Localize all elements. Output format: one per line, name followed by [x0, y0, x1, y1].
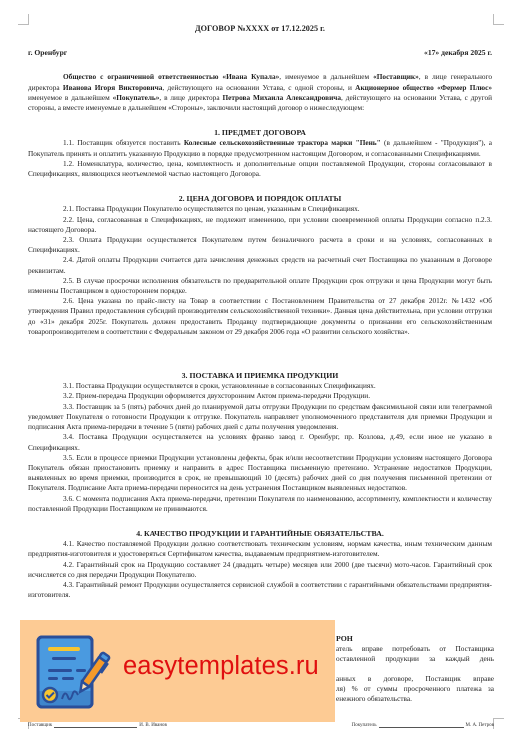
signature-line	[54, 722, 137, 728]
clause: 3.4. Поставка Продукции осуществляется н…	[28, 432, 492, 452]
clause: 3.2. Прием-передача Продукции оформляетс…	[28, 391, 492, 401]
clause: 2.2. Цена, согласованная в Спецификациях…	[28, 215, 492, 235]
contract-title: ДОГОВОР №XXXX от 17.12.2025 г.	[28, 24, 492, 34]
signature-line	[379, 722, 464, 728]
hidden-section-fragment: РОН атель вправе потребовать от Поставщи…	[336, 634, 494, 704]
buyer-signature: Покупатель М. А. Петров	[261, 722, 494, 728]
contract-body: ДОГОВОР №XXXX от 17.12.2025 г. г. Оренбу…	[28, 24, 492, 600]
party2-rep: Петрова Михаила Александровича	[222, 93, 341, 102]
city: г. Оренбург	[28, 48, 67, 58]
clause: 3.5. Если в процессе приемки Продукции у…	[28, 453, 492, 494]
clause: 3.6. С момента подписания Акта приема-пе…	[28, 494, 492, 514]
clause: 2.3. Оплата Продукции осуществляется Пок…	[28, 235, 492, 255]
page-corner-mark	[493, 14, 504, 25]
preamble: Общество с ограниченной ответственностью…	[28, 72, 492, 113]
clause: 3.1. Поставка Продукции осуществляется в…	[28, 381, 492, 391]
clause: 2.6. Цена указана по прайс-листу на Това…	[28, 296, 492, 337]
page-corner-mark	[493, 718, 504, 729]
party1-name: Общество с ограниченной ответственностью…	[63, 72, 279, 81]
section-title: 3. ПОСТАВКА И ПРИЕМКА ПРОДУКЦИИ	[28, 371, 492, 381]
signed-contract-icon	[34, 633, 112, 711]
contract-date: «17» декабря 2025 г.	[424, 48, 492, 58]
clause: 1.1. Поставщик обязуется поставить Колес…	[28, 138, 492, 158]
section-title: 4. КАЧЕСТВО ПРОДУКЦИИ И ГАРАНТИЙНЫЕ ОБЯЗ…	[28, 529, 492, 539]
clause: 4.1. Качество поставляемой Продукции дол…	[28, 539, 492, 559]
signature-row: Поставщик И. В. Иванов Покупатель М. А. …	[28, 722, 494, 728]
watermark-banner[interactable]: easytemplates.ru	[20, 620, 335, 722]
clause: 4.3. Гарантийный ремонт Продукции осущес…	[28, 580, 492, 600]
section-title: 2. ЦЕНА ДОГОВОРА И ПОРЯДОК ОПЛАТЫ	[28, 194, 492, 204]
party1-role: «Поставщик»	[373, 72, 419, 81]
clause: 4.2. Гарантийный срок на Продукцию соста…	[28, 560, 492, 580]
clause: 3.3. Поставщик за 5 (пять) рабочих дней …	[28, 402, 492, 433]
section-title: 1. ПРЕДМЕТ ДОГОВОРА	[28, 128, 492, 138]
clause: 2.1. Поставка Продукции Покупателю осуще…	[28, 204, 492, 214]
document-page: ДОГОВОР №XXXX от 17.12.2025 г. г. Оренбу…	[0, 0, 522, 745]
watermark-brand-link[interactable]: easytemplates.ru	[123, 652, 319, 681]
party2-role: «Покупатель»	[113, 93, 160, 102]
sections-container: 1. ПРЕДМЕТ ДОГОВОРА1.1. Поставщик обязуе…	[28, 128, 492, 600]
party1-rep: Иванова Игоря Викторовича	[63, 83, 162, 92]
clause: 1.2. Номенклатура, количество, цена, ком…	[28, 159, 492, 179]
city-date-row: г. Оренбург «17» декабря 2025 г.	[28, 48, 492, 58]
supplier-signature: Поставщик И. В. Иванов	[28, 722, 261, 728]
clause: 2.4. Датой оплаты Продукции считается да…	[28, 255, 492, 275]
party2-name: Акционерное общество «Фермер Плюс»	[355, 83, 492, 92]
clause: 2.5. В случае просрочки исполнения обяза…	[28, 276, 492, 296]
